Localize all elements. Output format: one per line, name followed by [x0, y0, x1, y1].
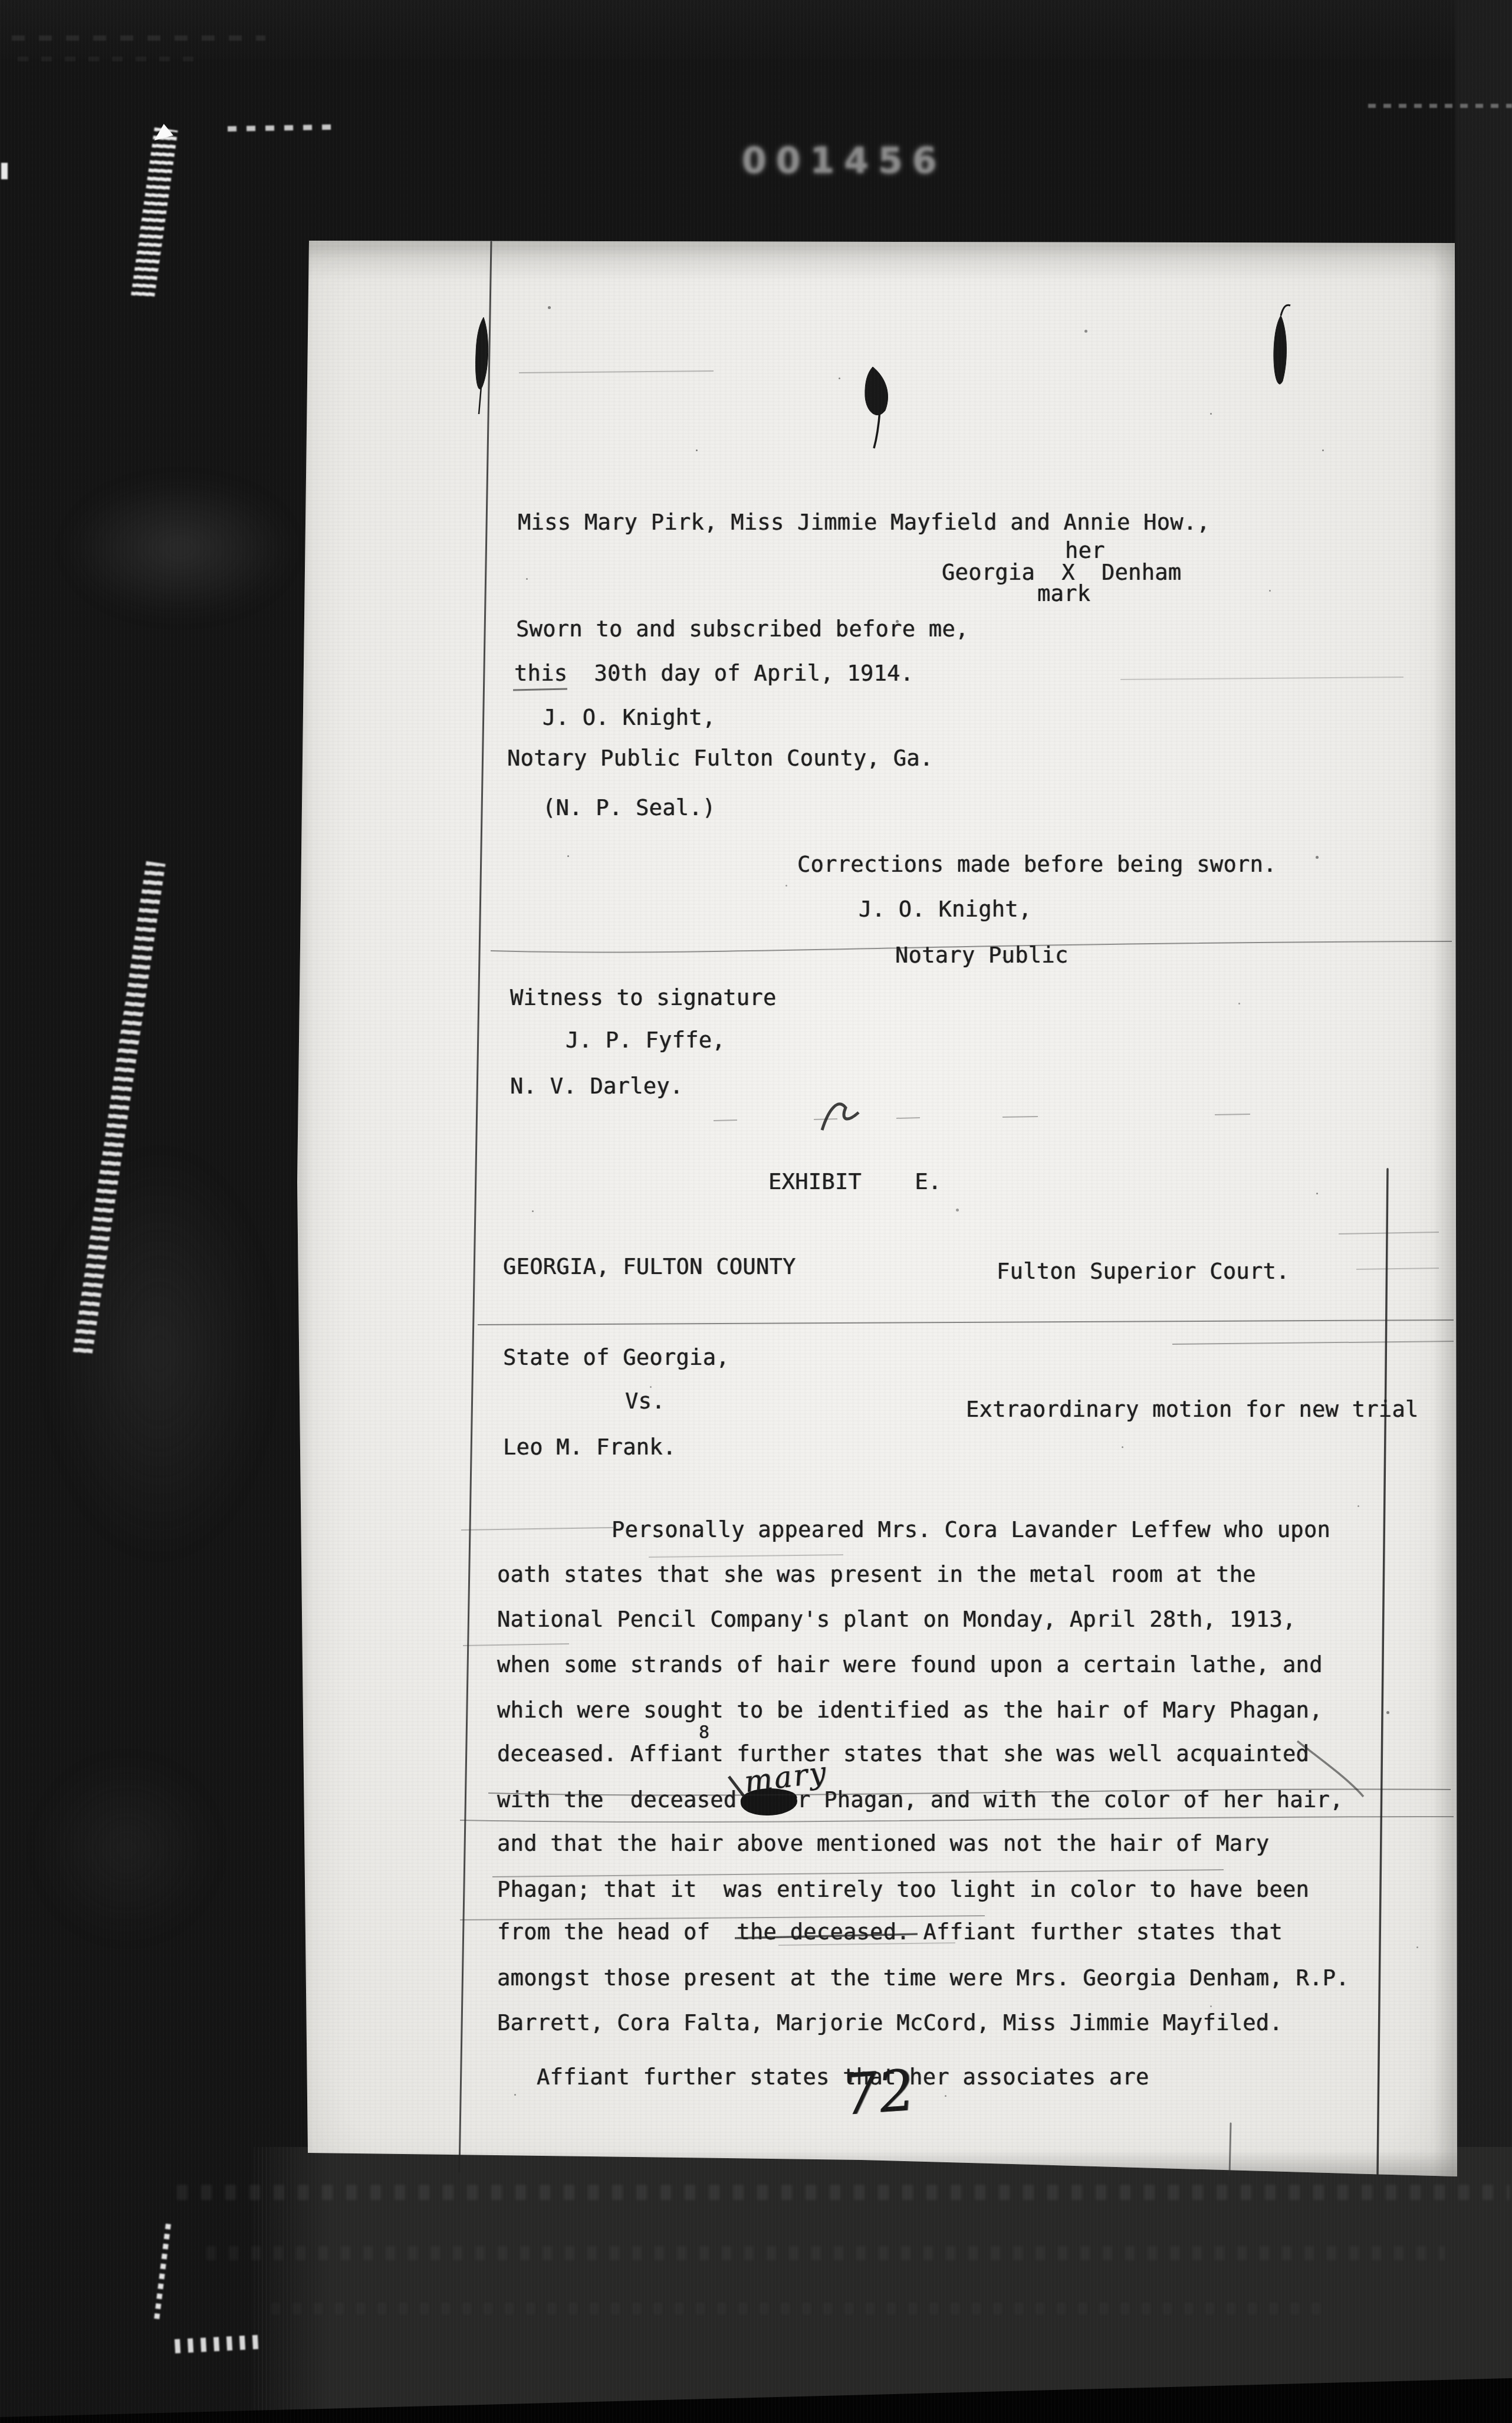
affidavit-line: which were sought to be identified as th… — [497, 1698, 1323, 1723]
handwritten-page-number: 72 — [840, 2057, 916, 2128]
notary-name-2: J. O. Knight, — [859, 897, 1032, 922]
affidavit-line: National Pencil Company's plant on Monda… — [497, 1607, 1296, 1632]
film-fleck — [1, 163, 8, 179]
affidavit-line: amongst those present at the time were M… — [497, 1965, 1349, 1991]
witness-2: N. V. Darley. — [510, 1073, 683, 1099]
vs-label: Vs. — [625, 1388, 665, 1414]
notary-title: Notary Public Fulton County, Ga. — [507, 746, 933, 771]
sworn-line: Sworn to and subscribed before me, — [516, 616, 969, 642]
microfilm-frame: 001456 Miss Mary Pirk, Miss Jimmie Mayfi… — [0, 0, 1512, 2423]
affidavit-line: deceased. Affiant further states that sh… — [497, 1741, 1309, 1767]
defendant: Leo M. Frank. — [503, 1434, 676, 1460]
affidavit-line: Barrett, Cora Falta, Marjorie McCord, Mi… — [497, 2010, 1283, 2035]
film-top-band — [0, 0, 1512, 59]
affidavit-line: when some strands of hair were found upo… — [497, 1652, 1323, 1677]
jurisdiction: GEORGIA, FULTON COUNTY — [503, 1254, 796, 1279]
witness-heading: Witness to signature — [510, 985, 777, 1010]
film-noise-dashes — [12, 35, 265, 41]
ghost-text-band — [177, 2185, 1510, 2200]
affidavit-line: oath states that she was present in the … — [497, 1562, 1256, 1587]
signers-line: Miss Mary Pirk, Miss Jimmie Mayfield and… — [518, 510, 1210, 535]
mark-label: mark — [1037, 581, 1090, 606]
affidavit-line: r Phagan, and with the color of her hair… — [797, 1787, 1343, 1813]
bleedthrough-smudge — [35, 1758, 218, 1941]
film-scratch-specks — [175, 2335, 264, 2353]
motion-title: Extraordinary motion for new trial — [966, 1397, 1419, 1422]
film-right-band — [1455, 0, 1512, 2423]
affidavit-line: Personally appeared Mrs. Cora Lavander L… — [612, 1517, 1330, 1542]
film-scratch — [130, 127, 178, 301]
affidavit-line: from the head of the deceased. Affiant f… — [497, 1919, 1283, 1945]
film-scratch-dashes — [1368, 104, 1512, 108]
affidavit-line: Phagan; that it was entirely too light i… — [497, 1877, 1309, 1902]
date-line: this 30th day of April, 1914. — [514, 661, 913, 686]
paper-specks — [0, 0, 2, 2]
film-scratch — [154, 2224, 171, 2323]
affidavit-line: and that the hair above mentioned was no… — [497, 1831, 1269, 1856]
film-frame-number-stamp: 001456 — [742, 140, 946, 182]
exhibit-heading: EXHIBIT E. — [768, 1169, 942, 1194]
stray-typo-character: 8 — [699, 1720, 709, 1745]
witness-1: J. P. Fyffe, — [566, 1027, 725, 1053]
court-name: Fulton Superior Court. — [997, 1259, 1290, 1284]
ghost-text-band — [206, 2246, 1445, 2260]
ghost-text-band — [271, 2303, 1333, 2314]
film-noise-dashes — [18, 57, 195, 61]
affidavit-line: with the deceased — [497, 1787, 737, 1813]
corrections-note: Corrections made before being sworn. — [797, 852, 1277, 877]
notary-title-2: Notary Public — [895, 943, 1069, 968]
film-scratch-dashes — [228, 124, 337, 132]
notary-name: J. O. Knight, — [543, 705, 716, 730]
seal-note: (N. P. Seal.) — [543, 795, 716, 820]
plaintiff: State of Georgia, — [503, 1345, 729, 1370]
bleedthrough-smudge — [65, 479, 295, 618]
